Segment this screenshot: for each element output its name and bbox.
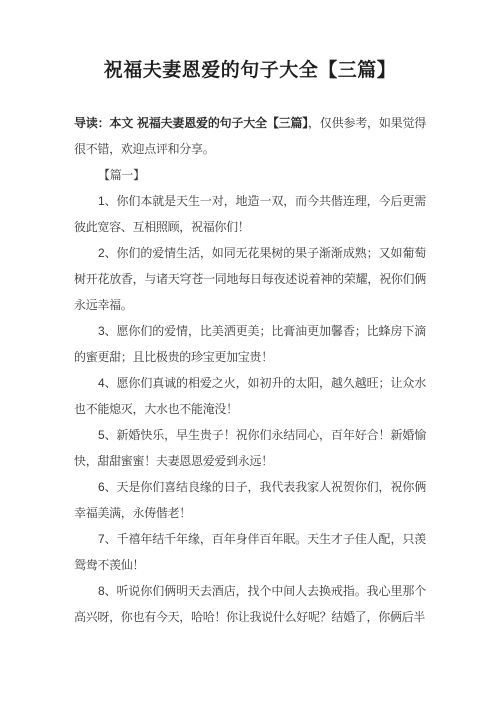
body-paragraph-4: 4、愿你们真诚的相爱之火，如初升的太阳，越久越旺；让众水也不能熄灭，大水也不能淹… xyxy=(74,370,426,422)
page-title: 祝福夫妻恩爱的句子大全【三篇】 xyxy=(74,56,426,86)
body-paragraph-5: 5、新婚快乐，早生贵子！祝你们永结同心，百年好合！新婚愉快，甜甜蜜蜜！夫妻恩恩爱… xyxy=(74,422,426,474)
body-paragraph-6: 6、天是你们喜结良缘的日子，我代表我家人祝贺你们，祝你俩幸福美满，永俦偕老！ xyxy=(74,474,426,526)
body-paragraph-1: 1、你们本就是天生一对，地造一双，而今共偕连理，今后更需彼此宽容、互相照顾，祝福… xyxy=(74,188,426,240)
lead-bold-title: 祝福夫妻恩爱的句子大全【三篇】 xyxy=(137,116,308,130)
body-paragraph-7: 7、千禧年结千年缘，百年身伴百年眠。天生才子佳人配，只羡鸳鸯不羡仙！ xyxy=(74,526,426,578)
body-paragraph-2: 2、你们的爱情生活，如同无花果树的果子渐渐成熟；又如葡萄树开花放香，与诸天穹苍一… xyxy=(74,240,426,318)
body-paragraph-3: 3、愿你们的爱情，比美洒更美；比膏油更加馨香；比蜂房下滴的蜜更甜；且比极贵的珍宝… xyxy=(74,318,426,370)
lead-paragraph: 导读：本文祝福夫妻恩爱的句子大全【三篇】，仅供参考，如果觉得很不错，欢迎点评和分… xyxy=(74,110,426,162)
document-body: 导读：本文祝福夫妻恩爱的句子大全【三篇】，仅供参考，如果觉得很不错，欢迎点评和分… xyxy=(74,110,426,630)
body-paragraph-8: 8、听说你们俩明天去酒店，找个中间人去换戒指。我心里那个高兴呀，你也有今天，哈哈… xyxy=(74,578,426,630)
lead-label: 导读：本文 xyxy=(74,116,133,130)
document-page: 祝福夫妻恩爱的句子大全【三篇】 导读：本文祝福夫妻恩爱的句子大全【三篇】，仅供参… xyxy=(0,0,496,702)
section-heading: 【篇一】 xyxy=(74,162,426,188)
